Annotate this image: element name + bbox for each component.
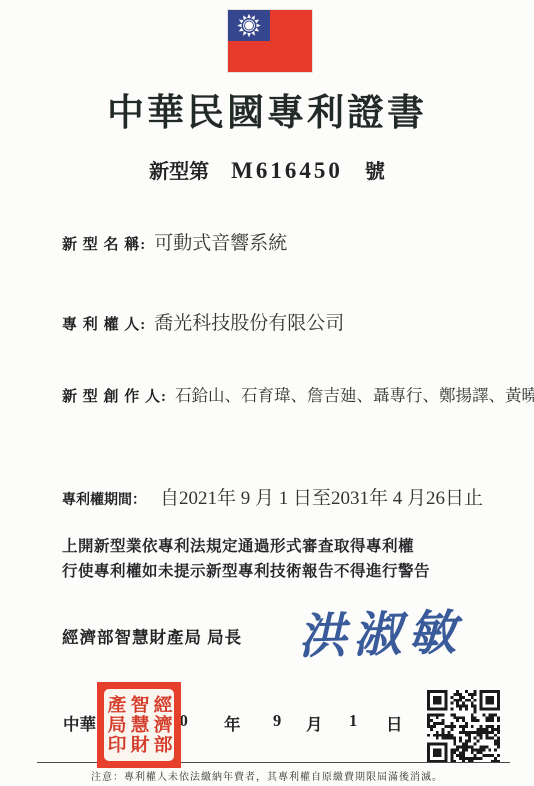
issue-date-month: 9 — [273, 711, 281, 731]
legal-notice-line-2: 行使專利權如未提示新型專利技術報告不得進行警告 — [62, 559, 430, 584]
field-label-name: 新 型 名 稱: — [62, 237, 146, 253]
legal-notice-line-1: 上開新型業依專利法規定通過形式審查取得專利權 — [62, 534, 430, 559]
flag-canton — [228, 10, 270, 41]
patent-number-prefix: 新型第 — [149, 161, 209, 183]
patent-certificate-page: { "certificate": { "title": "中華民國專利證書", … — [0, 0, 534, 786]
field-value-owner: 喬光科技股份有限公司 — [154, 313, 344, 334]
issue-date-month-unit: 月 — [306, 711, 323, 735]
certificate-title: 中華民國專利證書 — [0, 82, 534, 136]
issue-date-day-unit: 日 — [386, 711, 403, 735]
seal-text-column-3: 產局印 — [104, 695, 127, 755]
patent-number-line: 新型第M616450號 — [0, 155, 534, 184]
footer-note: 注意：專利權人未依法繳納年費者，其專利權自原繳費期限屆滿後消滅。 — [0, 768, 534, 783]
field-row-creators: 新 型 創 作 人: 石鉿山、石育瑋、詹吉廸、聶專行、鄭揚譯、黃曉楓 — [62, 382, 534, 406]
field-label-term: 專利權期間： — [62, 493, 146, 508]
roc-flag — [228, 10, 312, 72]
seal-text-column-1: 經濟部 — [151, 695, 174, 755]
official-seal-text: 經濟部 智慧財 產局印 — [104, 689, 174, 761]
field-label-owner: 專 利 權 人: — [62, 317, 146, 333]
issue-date-row: 中華民國 110 年 9 月 1 日 — [0, 711, 534, 737]
issue-date-year-unit: 年 — [224, 711, 241, 735]
director-signature: 洪淑敏 — [297, 594, 464, 667]
field-value-term: 自2021年 9 月 1 日至2031年 4 月26日止 — [160, 488, 483, 509]
issuer-title: 經濟部智慧財產局 局長 — [62, 624, 242, 648]
legal-notice: 上開新型業依專利法規定通過形式審查取得專利權 行使專利權如未提示新型專利技術報告… — [62, 534, 430, 584]
field-row-owner: 專 利 權 人: 喬光科技股份有限公司 — [62, 308, 344, 335]
field-row-name: 新 型 名 稱: 可動式音響系統 — [62, 228, 287, 255]
field-value-name: 可動式音響系統 — [154, 233, 287, 254]
seal-text-column-2: 智慧財 — [127, 695, 150, 755]
sun-icon — [228, 10, 270, 41]
patent-number-suffix: 號 — [365, 161, 385, 183]
issue-date-day: 1 — [349, 711, 357, 731]
field-row-term: 專利權期間： 自2021年 9 月 1 日至2031年 4 月26日止 — [62, 483, 483, 510]
patent-number: M616450 — [231, 158, 343, 183]
field-label-creators: 新 型 創 作 人: — [62, 389, 167, 405]
official-seal: 經濟部 智慧財 產局印 — [97, 682, 181, 768]
field-value-creators: 石鉿山、石育瑋、詹吉廸、聶專行、鄭揚譯、黃曉楓 — [175, 386, 534, 405]
